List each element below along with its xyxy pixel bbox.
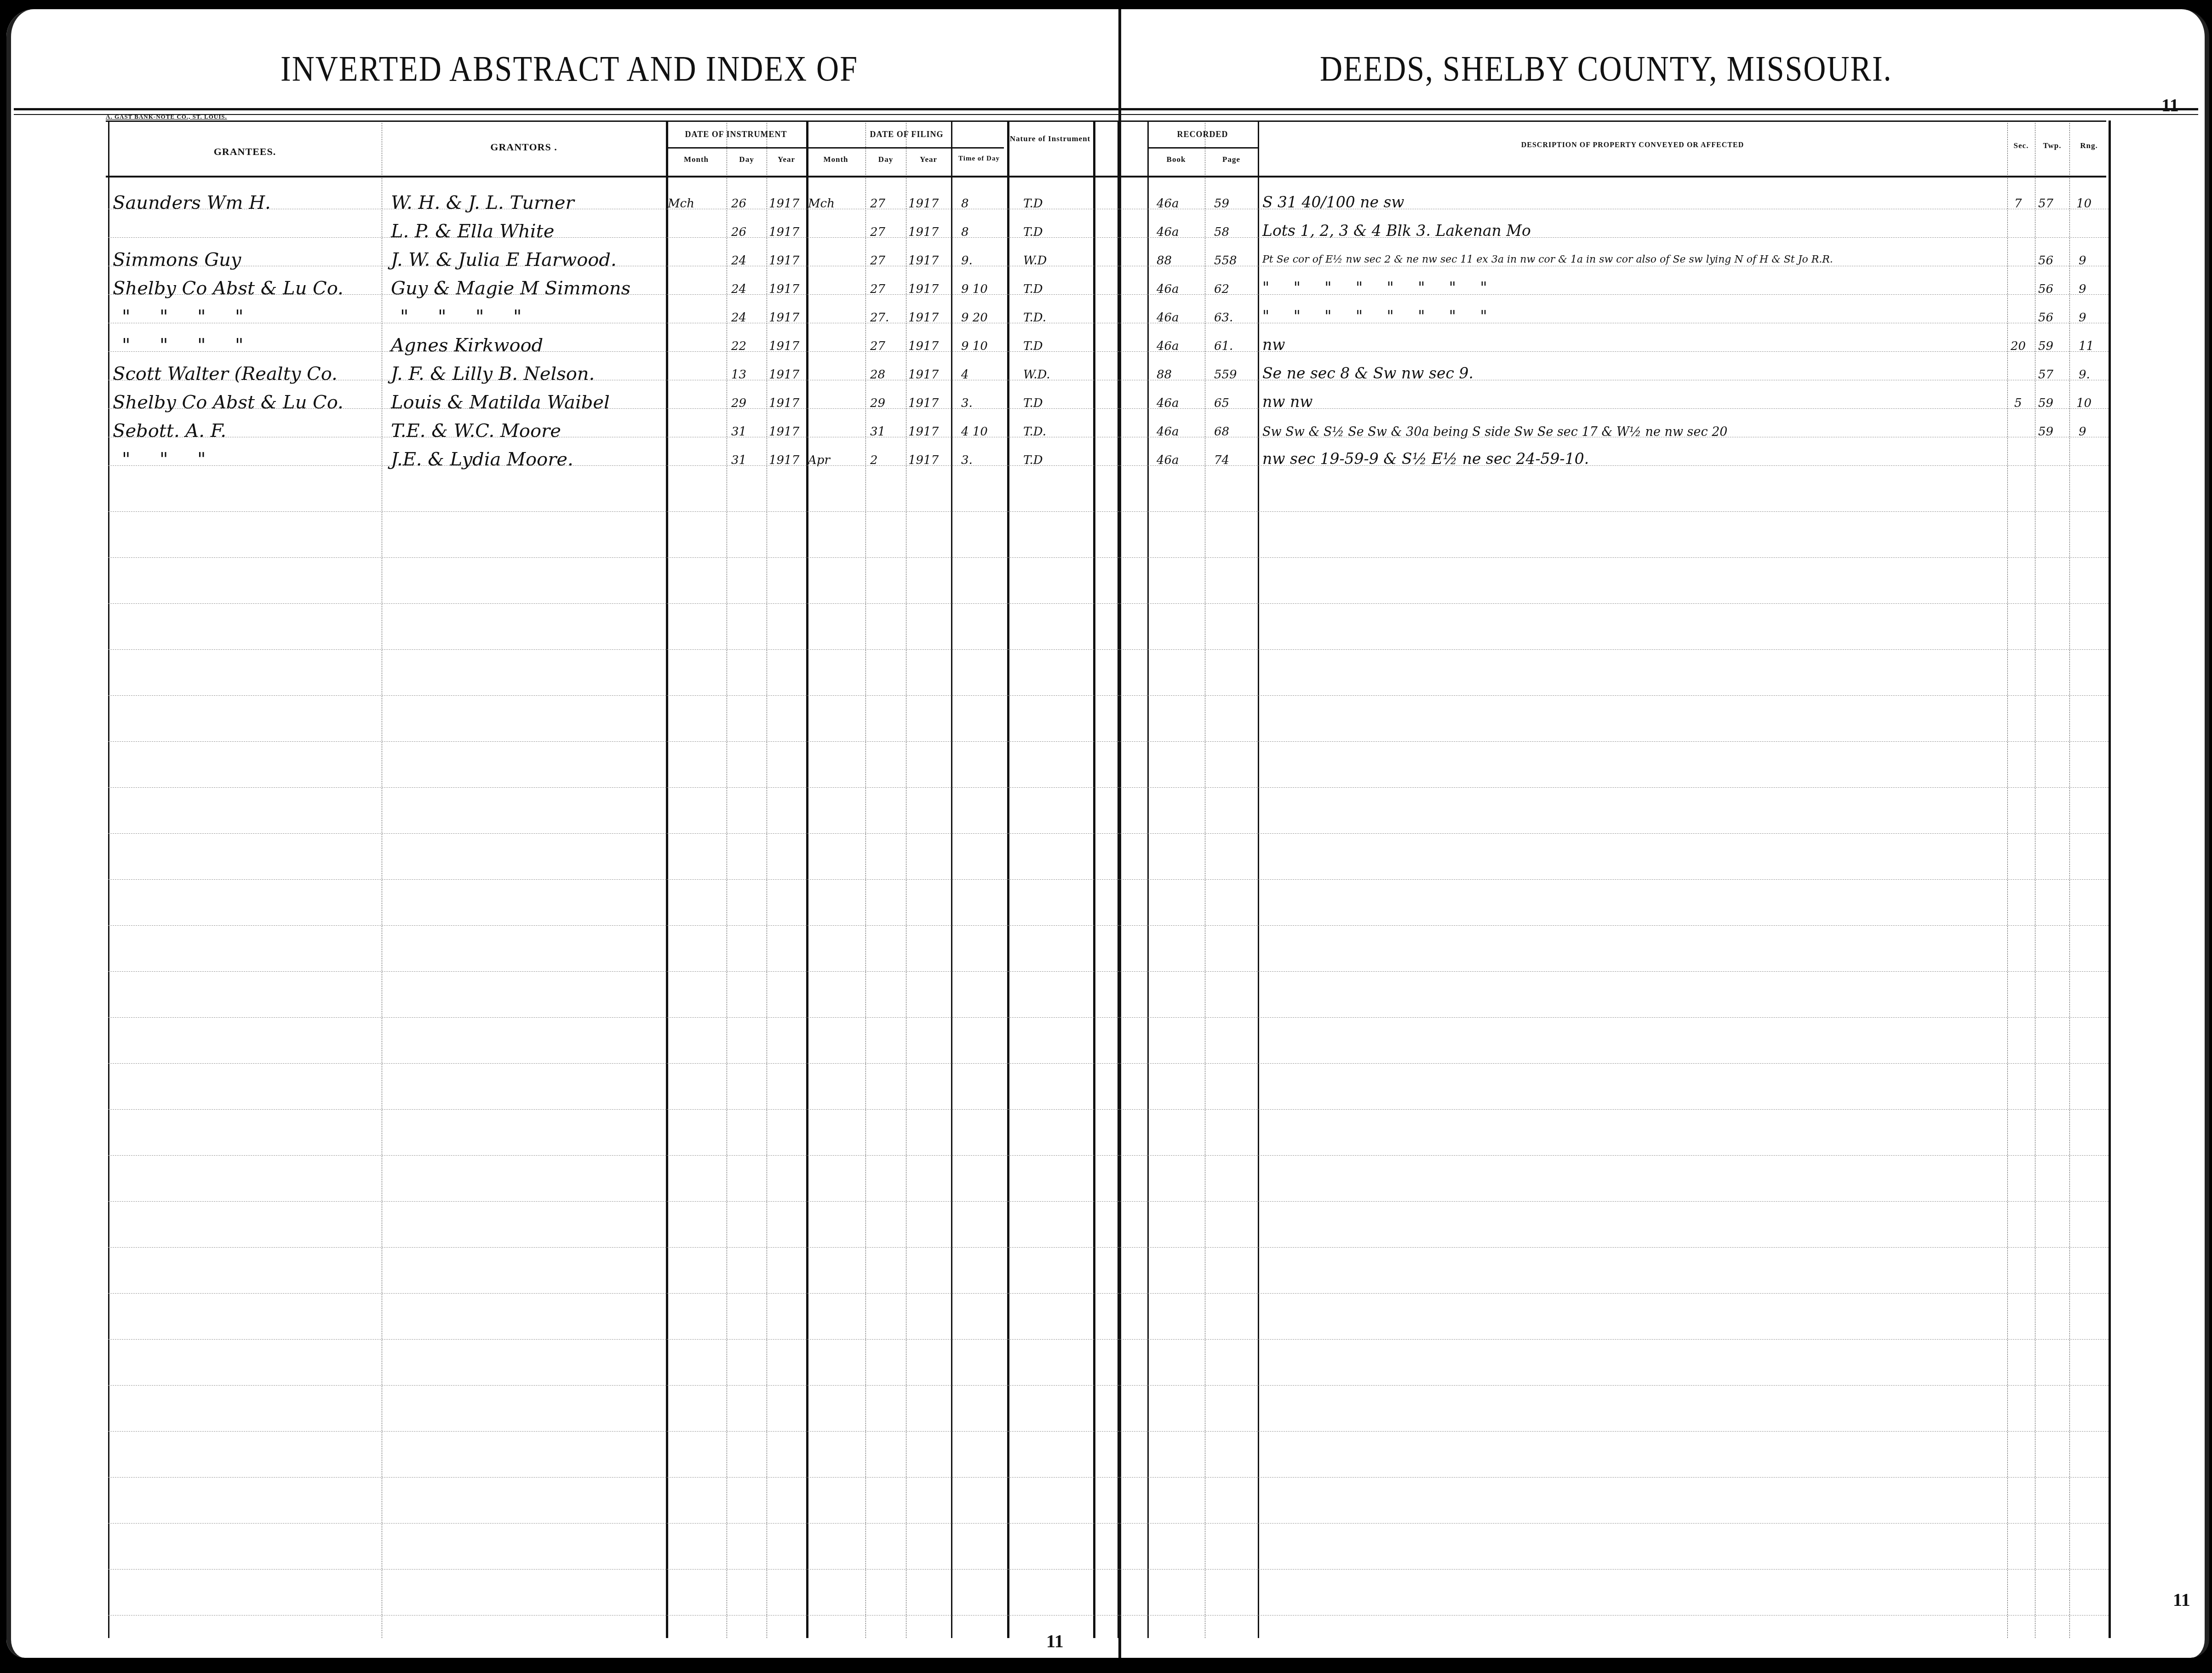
inst-year: 1917 [769,254,799,268]
book: 46a [1157,396,1179,410]
time-of-day: 8 [961,225,969,239]
col-rng: Rng. [2069,141,2109,150]
file-day: 27 [870,282,885,296]
page: 68 [1214,425,1229,439]
time-of-day: 3. [961,453,973,467]
col-sec: Sec. [2007,141,2035,150]
file-day: 28 [870,368,885,382]
file-year: 1917 [908,368,939,382]
page: 62 [1214,282,1229,296]
col-file-year: Year [906,155,951,164]
sec: 5 [2014,396,2022,410]
rng: 10 [2076,197,2092,211]
nature: T.D [1023,453,1043,467]
file-year: 1917 [908,254,939,268]
col-twp: Twp. [2035,141,2069,150]
book: 46a [1157,197,1179,211]
grantee: Scott Walter (Realty Co. [113,363,338,384]
page: 558 [1214,254,1237,268]
inst-day: 22 [731,339,746,353]
time-of-day: 9 20 [961,311,988,325]
file-year: 1917 [908,197,939,211]
inst-year: 1917 [769,339,799,353]
inst-year: 1917 [769,197,799,211]
twp: 57 [2038,197,2053,211]
description: S 31 40/100 ne sw [1262,193,1404,211]
grantor: L. P. & Ella White [391,221,554,242]
nature: T.D. [1023,311,1046,325]
grantor: T.E. & W.C. Moore [391,420,561,441]
description: " " " " " " " " [1262,307,1487,325]
inst-year: 1917 [769,225,799,239]
inst-day: 13 [731,368,746,382]
file-day: 27. [870,311,889,325]
col-recorded: Recorded [1147,130,1258,139]
time-of-day: 8 [961,197,969,211]
description: nw [1262,336,1285,354]
book: 46a [1157,282,1179,296]
file-day: 27 [870,197,885,211]
time-of-day: 4 [961,368,969,382]
grantee: Sebott. A. F. [113,420,226,441]
grantor: Guy & Magie M Simmons [391,278,630,299]
grantee: Shelby Co Abst & Lu Co. [113,392,344,413]
rng: 9 [2079,254,2086,268]
sec: 20 [2011,339,2026,353]
description: " " " " " " " " [1262,279,1487,297]
grantor: J. W. & Julia E Harwood. [391,249,617,270]
inst-day: 26 [731,197,746,211]
grantor: Agnes Kirkwood [391,335,543,356]
inst-year: 1917 [769,453,799,467]
nature: T.D [1023,396,1043,410]
col-nature-of-instrument: Nature of Instrument [1007,134,1093,143]
grantee: " " " " [122,335,243,356]
grantee: " " " " [122,306,243,327]
page: 74 [1214,453,1229,467]
description: Lots 1, 2, 3 & 4 Blk 3. Lakenan Mo [1262,222,1531,240]
file-year: 1917 [908,425,939,439]
grantee: " " " [122,449,206,470]
time-of-day: 3. [961,396,973,410]
page: 61. [1214,339,1233,353]
grantee: Simmons Guy [113,249,241,270]
time-of-day: 9 10 [961,339,988,353]
col-book: Book [1147,155,1205,164]
inst-year: 1917 [769,425,799,439]
nature: T.D [1023,282,1043,296]
col-inst-year: Year [767,155,806,164]
col-inst-day: Day [727,155,767,164]
sec: 7 [2014,197,2022,211]
twp: 56 [2038,311,2053,325]
inst-day: 24 [731,282,746,296]
page: 63. [1214,311,1233,325]
file-day: 31 [870,425,885,439]
time-of-day: 9 10 [961,282,988,296]
description: nw nw [1262,393,1313,411]
twp: 59 [2038,396,2053,410]
grantor: " " " " [400,306,521,327]
inst-year: 1917 [769,368,799,382]
file-day: 29 [870,396,885,410]
col-date-of-instrument: Date of Instrument [666,130,806,139]
printer-imprint: A. GAST BANK-NOTE CO., ST. LOUIS. [106,113,227,120]
rng: 9 [2079,425,2086,439]
twp: 59 [2038,425,2053,439]
nature: T.D [1023,197,1043,211]
rng: 11 [2079,339,2094,353]
book: 88 [1157,368,1172,382]
file-month: Apr [808,453,830,467]
rng: 9. [2079,368,2090,382]
rng: 9 [2079,282,2086,296]
col-description: DESCRIPTION OF PROPERTY CONVEYED OR AFFE… [1258,141,2007,149]
inst-year: 1917 [769,396,799,410]
col-file-month: Month [806,155,865,164]
description: Pt Se cor of E½ nw sec 2 & ne nw sec 11 … [1262,254,1833,265]
left-page-title: INVERTED ABSTRACT AND INDEX OF [281,48,858,90]
page: 59 [1214,197,1229,211]
file-month: Mch [808,197,835,211]
nature: W.D. [1023,368,1050,382]
inst-day: 24 [731,311,746,325]
file-year: 1917 [908,453,939,467]
col-grantors: GRANTORS . [382,141,666,153]
description: Sw Sw & S½ Se Sw & 30a being S side Sw S… [1262,425,1728,439]
book: 46a [1157,225,1179,239]
grantee: Saunders Wm H. [113,192,271,213]
header-rule [14,108,2198,115]
file-year: 1917 [908,396,939,410]
file-year: 1917 [908,311,939,325]
inst-day: 26 [731,225,746,239]
book: 88 [1157,254,1172,268]
page: 559 [1214,368,1237,382]
grantor: Louis & Matilda Waibel [391,392,610,413]
time-of-day: 4 10 [961,425,988,439]
book: 46a [1157,453,1179,467]
book: 46a [1157,339,1179,353]
file-day: 27 [870,225,885,239]
grantor: W. H. & J. L. Turner [391,192,574,213]
inst-year: 1917 [769,311,799,325]
file-day: 27 [870,254,885,268]
page: 65 [1214,396,1229,410]
file-year: 1917 [908,339,939,353]
inst-day: 31 [731,425,746,439]
book: 46a [1157,311,1179,325]
nature: T.D [1023,339,1043,353]
nature: T.D. [1023,425,1046,439]
time-of-day: 9. [961,254,973,268]
twp: 56 [2038,254,2053,268]
file-year: 1917 [908,282,939,296]
file-day: 27 [870,339,885,353]
page: 58 [1214,225,1229,239]
right-page-title: DEEDS, SHELBY COUNTY, MISSOURI. [1320,48,1892,90]
rng: 9 [2079,311,2086,325]
col-inst-month: Month [666,155,727,164]
twp: 57 [2038,368,2053,382]
inst-day: 31 [731,453,746,467]
nature: T.D [1023,225,1043,239]
file-year: 1917 [908,225,939,239]
book: 46a [1157,425,1179,439]
description: nw sec 19-59-9 & S½ E½ ne sec 24-59-10. [1262,450,1589,468]
grantee: Shelby Co Abst & Lu Co. [113,278,344,299]
deed-index-table: GRANTEES. GRANTORS . Date of Instrument … [0,120,2212,1638]
col-grantees: GRANTEES. [108,146,382,158]
col-file-day: Day [865,155,906,164]
rng: 10 [2076,396,2092,410]
inst-month: Mch [668,197,694,211]
inst-day: 29 [731,396,746,410]
grantor: J. F. & Lilly B. Nelson. [391,363,595,384]
twp: 59 [2038,339,2053,353]
nature: W.D [1023,254,1047,268]
twp: 56 [2038,282,2053,296]
file-day: 2 [870,453,878,467]
inst-day: 24 [731,254,746,268]
col-page: Page [1205,155,1258,164]
description: Se ne sec 8 & Sw nw sec 9. [1262,364,1473,382]
inst-year: 1917 [769,282,799,296]
col-date-of-filing: Date of Filing [806,130,1007,139]
grantor: J.E. & Lydia Moore. [391,449,573,470]
col-time-of-day: Time of Day [951,155,1007,163]
